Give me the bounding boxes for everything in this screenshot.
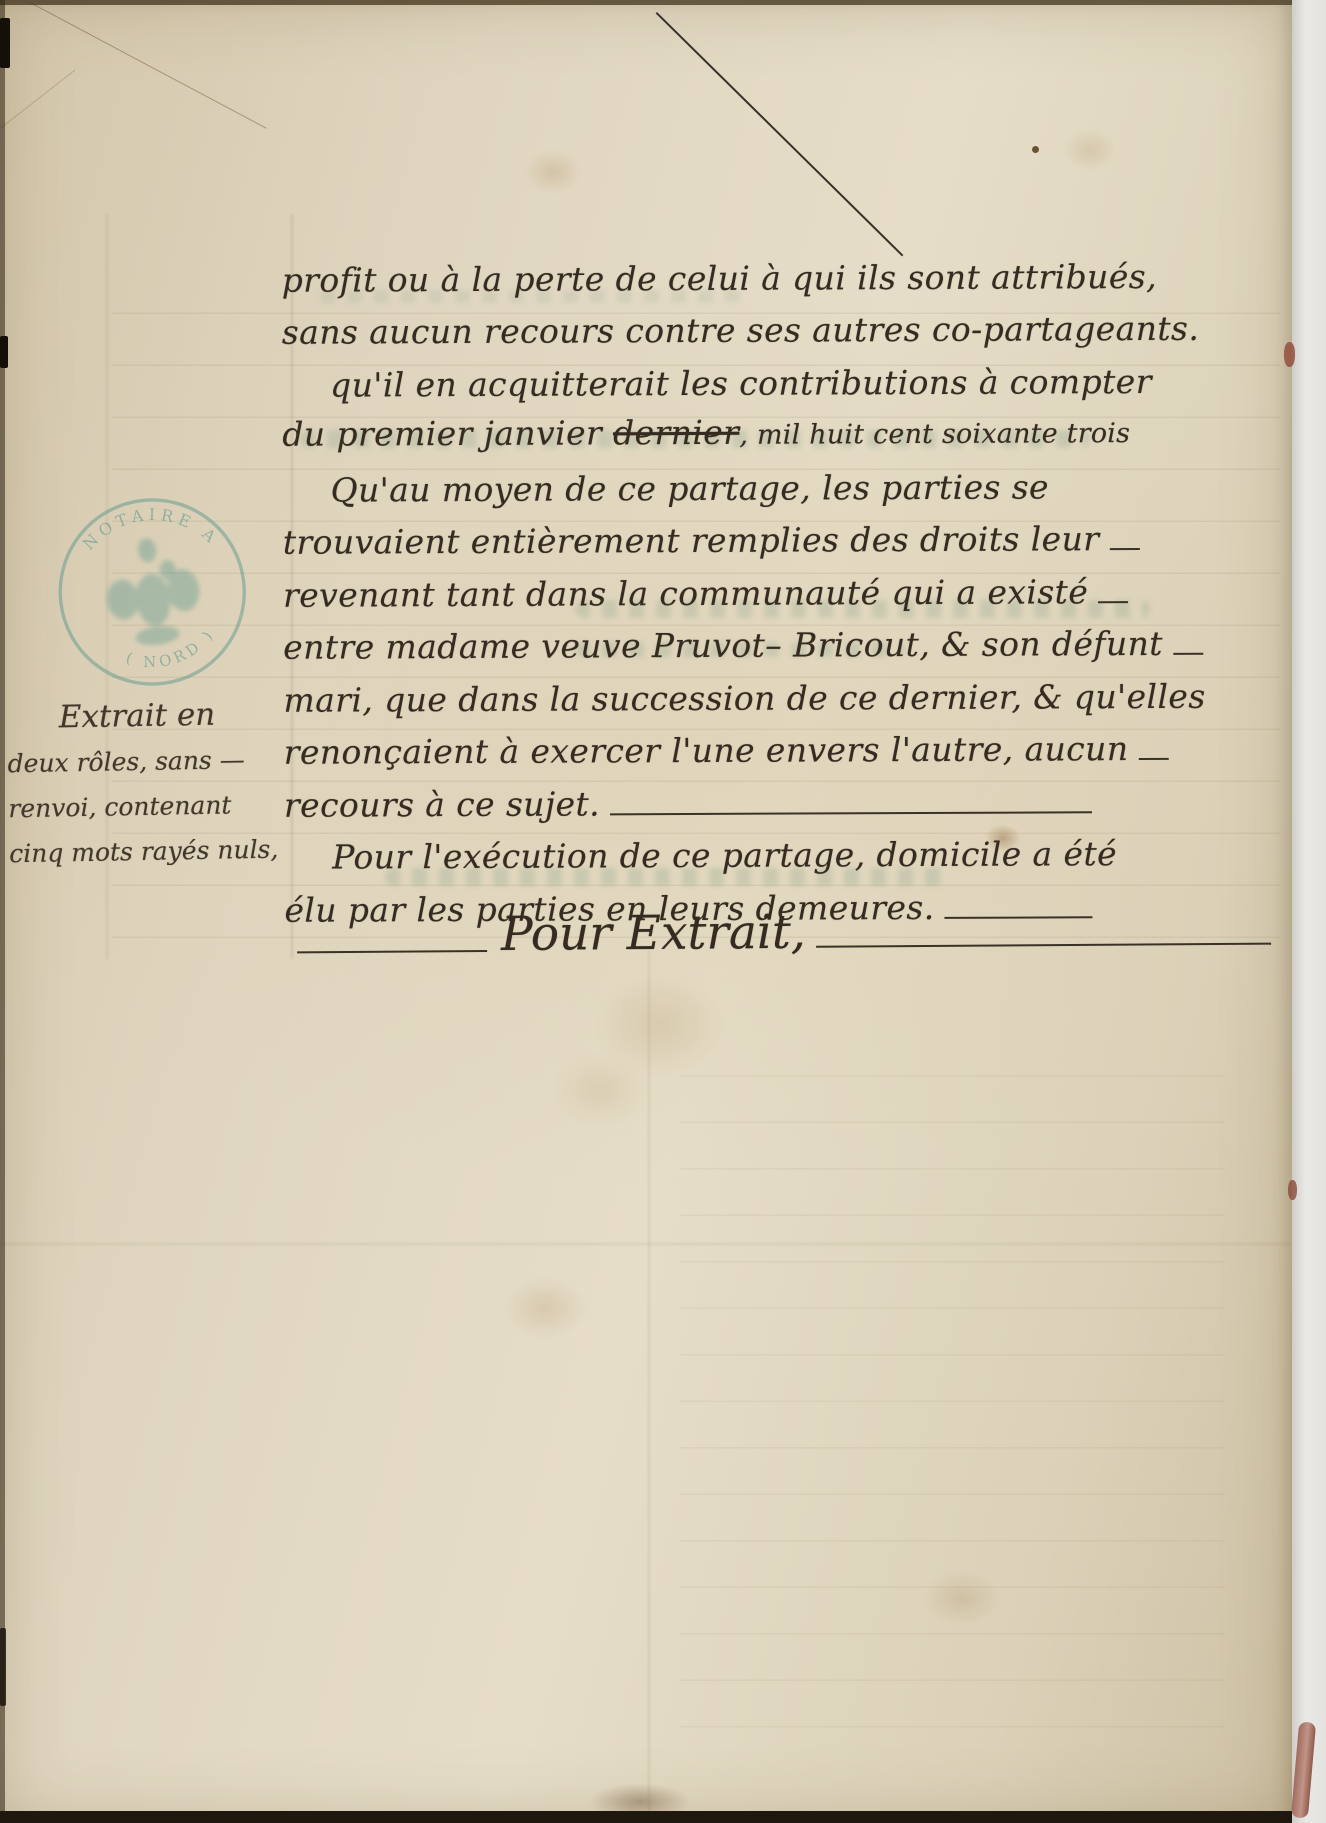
manuscript-line: sans aucun recours contre ses autres co-… — [282, 297, 1094, 353]
diagonal-pen-line — [656, 12, 904, 256]
horizontal-fold-crease — [0, 1243, 1290, 1245]
manuscript-line: Qu'au moyen de ce partage, les parties s… — [282, 454, 1094, 510]
manuscript-line: revenant tant dans la communauté qui a e… — [283, 559, 1095, 615]
eagle-icon — [100, 533, 205, 651]
margin-note-line: Extrait en — [6, 692, 269, 742]
guide-lines-lower — [680, 1030, 1225, 1770]
trailing-rule — [1173, 653, 1203, 655]
manuscript-line: profit ou à la perte de celui à qui ils … — [282, 244, 1094, 300]
notary-stamp: NOTAIRE A ( NORD ) — [40, 477, 263, 704]
manuscript-line: du premier janvier dernier, mil huit cen… — [282, 402, 1094, 458]
manuscript-line: Pour l'exécution de ce partage, domicile… — [284, 822, 1096, 878]
scanner-backing — [1292, 0, 1326, 1823]
manuscript-text-block: profit ou à la perte de celui à qui ils … — [282, 244, 1097, 930]
paper-sheet: NOTAIRE A ( NORD ) profit ou à la perte … — [0, 0, 1292, 1823]
scanned-document: NOTAIRE A ( NORD ) profit ou à la perte … — [0, 0, 1326, 1823]
edge-blob — [0, 1628, 6, 1706]
edge-blob — [0, 18, 10, 68]
margin-note-line: renvoi, contenant — [8, 782, 271, 832]
trailing-rule — [1109, 548, 1139, 550]
scan-edge-top — [0, 0, 1292, 5]
manuscript-line: renonçaient à exercer l'une envers l'aut… — [284, 717, 1096, 773]
trailing-rule — [1138, 758, 1168, 760]
scan-edge-left — [0, 0, 5, 1823]
manuscript-line: qu'il en acquitterait les contributions … — [282, 349, 1094, 405]
manuscript-line: mari, que dans la succession de ce derni… — [283, 664, 1095, 720]
trailing-rule — [1098, 601, 1128, 603]
closing-right-rule — [816, 943, 1271, 948]
scan-edge-bottom — [0, 1811, 1292, 1823]
manuscript-line: recours à ce sujet. — [284, 769, 1096, 825]
margin-note-line: cinq mots rayés nuls, — [9, 827, 272, 877]
closing-line: Pour Extrait, — [283, 902, 1275, 964]
corner-crease-line-2 — [0, 70, 75, 129]
margin-note-line: deux rôles, sans — — [7, 737, 270, 787]
edge-blob — [0, 336, 8, 368]
rust-mark — [1284, 342, 1295, 367]
rust-mark — [1288, 1180, 1297, 1200]
margin-note: Extrait endeux rôles, sans —renvoi, cont… — [6, 692, 271, 877]
trailing-rule — [610, 811, 1092, 815]
corner-crease-line — [30, 2, 267, 129]
struck-word: dernier — [613, 413, 740, 453]
manuscript-line: entre madame veuve Pruvot– Bricout, & so… — [283, 612, 1095, 668]
manuscript-line: trouvaient entièrement remplies des droi… — [283, 507, 1095, 563]
closing-text: Pour Extrait, — [501, 905, 806, 962]
paper-spot — [1032, 146, 1039, 153]
closing-left-rule — [297, 950, 487, 953]
vertical-crease-lower — [648, 950, 650, 1815]
